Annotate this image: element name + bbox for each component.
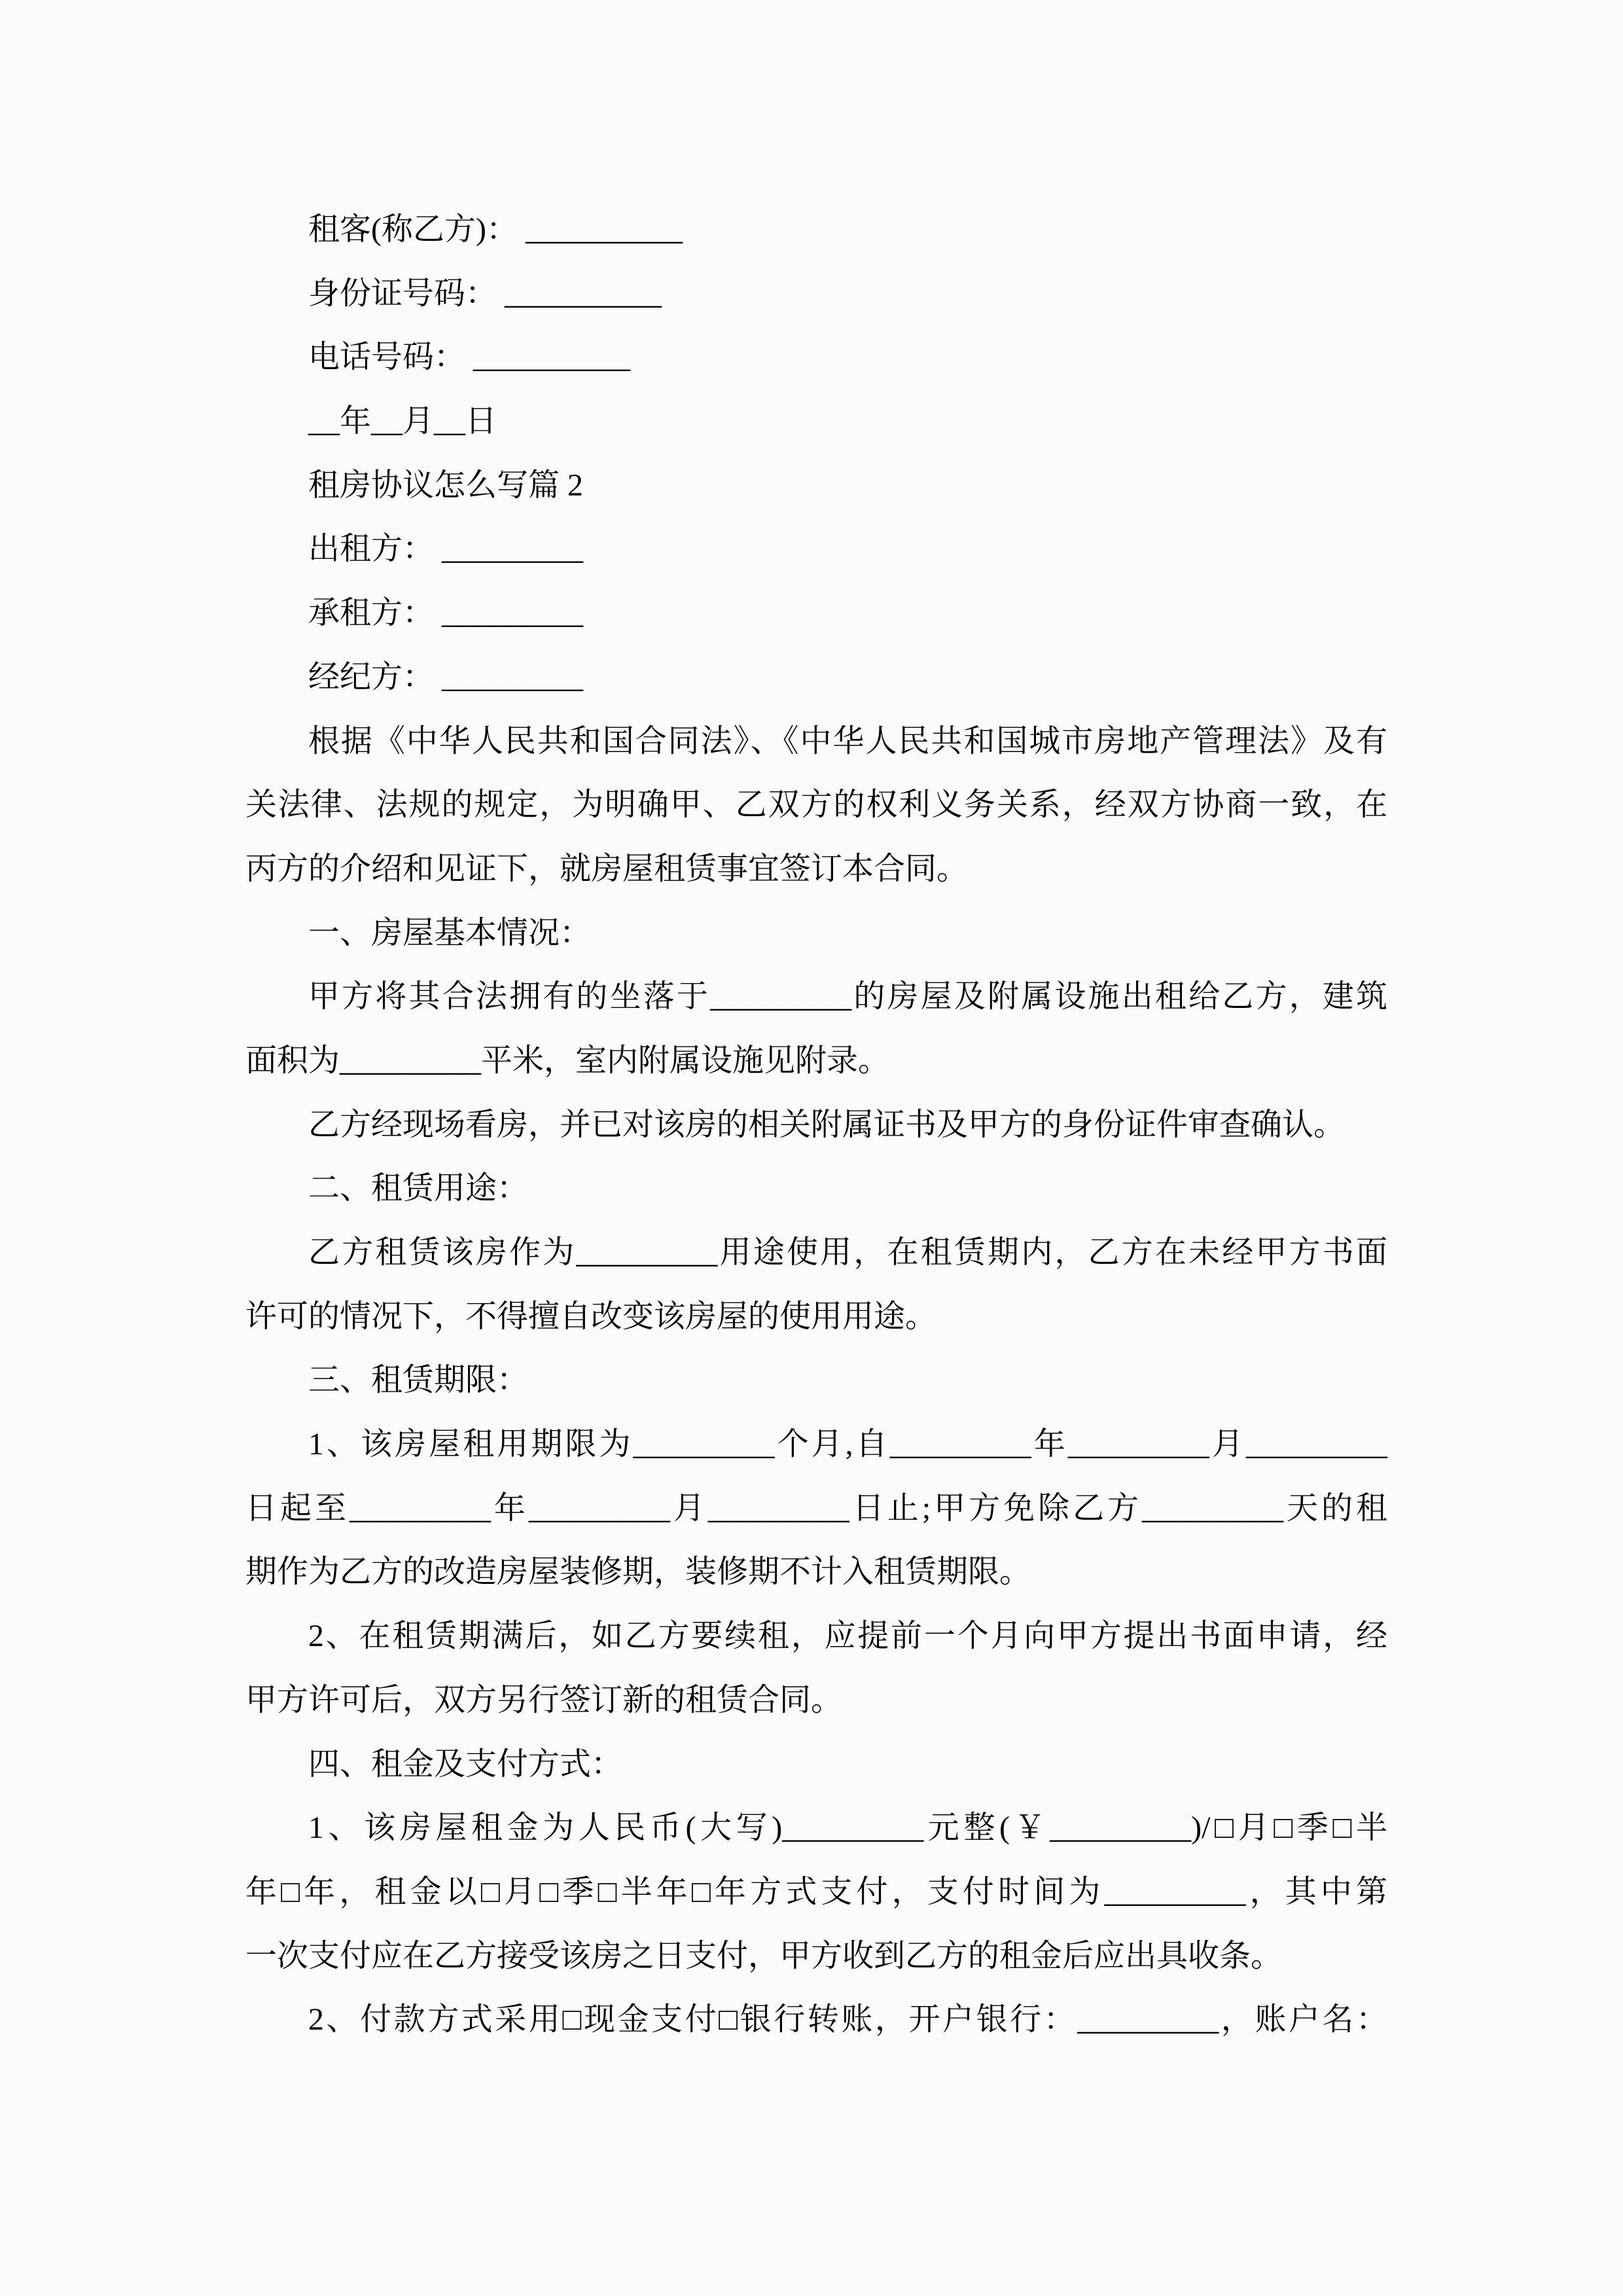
- document-line: 三、租赁期限：: [245, 1348, 1387, 1412]
- document-line: __年__月__日: [245, 389, 1387, 454]
- document-line: 租客(称乙方)： __________: [245, 198, 1387, 262]
- document-line: 年□年，租金以□月□季□半年□年方式支付，支付时间为_________，其中第: [245, 1860, 1387, 1924]
- document-line: 乙方经现场看房，并已对该房的相关附属证书及甲方的身份证件审查确认。: [245, 1093, 1387, 1157]
- document-line: 根据《中华人民共和国合同法》、《中华人民共和国城市房地产管理法》及有: [245, 709, 1387, 774]
- document-line: 期作为乙方的改造房屋装修期，装修期不计入租赁期限。: [245, 1540, 1387, 1604]
- document-line: 出租方： _________: [245, 517, 1387, 581]
- document-line: 租房协议怎么写篇 2: [245, 454, 1387, 518]
- document-line: 面积为_________平米，室内附属设施见附录。: [245, 1029, 1387, 1093]
- document-line: 一、房屋基本情况：: [245, 901, 1387, 965]
- document-line: 一次支付应在乙方接受该房之日支付，甲方收到乙方的租金后应出具收条。: [245, 1924, 1387, 1988]
- document-line: 2、在租赁期满后，如乙方要续租，应提前一个月向甲方提出书面申请，经: [245, 1604, 1387, 1668]
- document-line: 身份证号码： __________: [245, 262, 1387, 326]
- document-line: 二、租赁用途：: [245, 1157, 1387, 1221]
- document-line: 1、该房屋租金为人民币(大写)_________元整(￥_________)/□…: [245, 1796, 1387, 1860]
- document-line: 乙方租赁该房作为_________用途使用，在租赁期内，乙方在未经甲方书面: [245, 1221, 1387, 1285]
- document-page: 租客(称乙方)： __________身份证号码： __________电话号码…: [0, 0, 1623, 2296]
- document-line: 关法律、法规的规定，为明确甲、乙双方的权利义务关系，经双方协商一致，在: [245, 773, 1387, 837]
- document-line: 电话号码： __________: [245, 325, 1387, 389]
- document-line: 甲方将其合法拥有的坐落于_________的房屋及附属设施出租给乙方，建筑: [245, 965, 1387, 1029]
- document-body: 租客(称乙方)： __________身份证号码： __________电话号码…: [245, 198, 1387, 2052]
- document-line: 日起至_________年_________月_________日止;甲方免除乙…: [245, 1477, 1387, 1541]
- document-line: 1、该房屋租用期限为_________个月,自_________年_______…: [245, 1412, 1387, 1477]
- document-line: 丙方的介绍和见证下，就房屋租赁事宜签订本合同。: [245, 837, 1387, 901]
- document-line: 四、租金及支付方式：: [245, 1732, 1387, 1797]
- document-line: 许可的情况下，不得擅自改变该房屋的使用用途。: [245, 1285, 1387, 1349]
- document-line: 2、付款方式采用□现金支付□银行转账，开户银行：_________，账户名：: [245, 1988, 1387, 2052]
- document-line: 甲方许可后，双方另行签订新的租赁合同。: [245, 1668, 1387, 1732]
- document-line: 经纪方： _________: [245, 645, 1387, 709]
- document-line: 承租方： _________: [245, 581, 1387, 645]
